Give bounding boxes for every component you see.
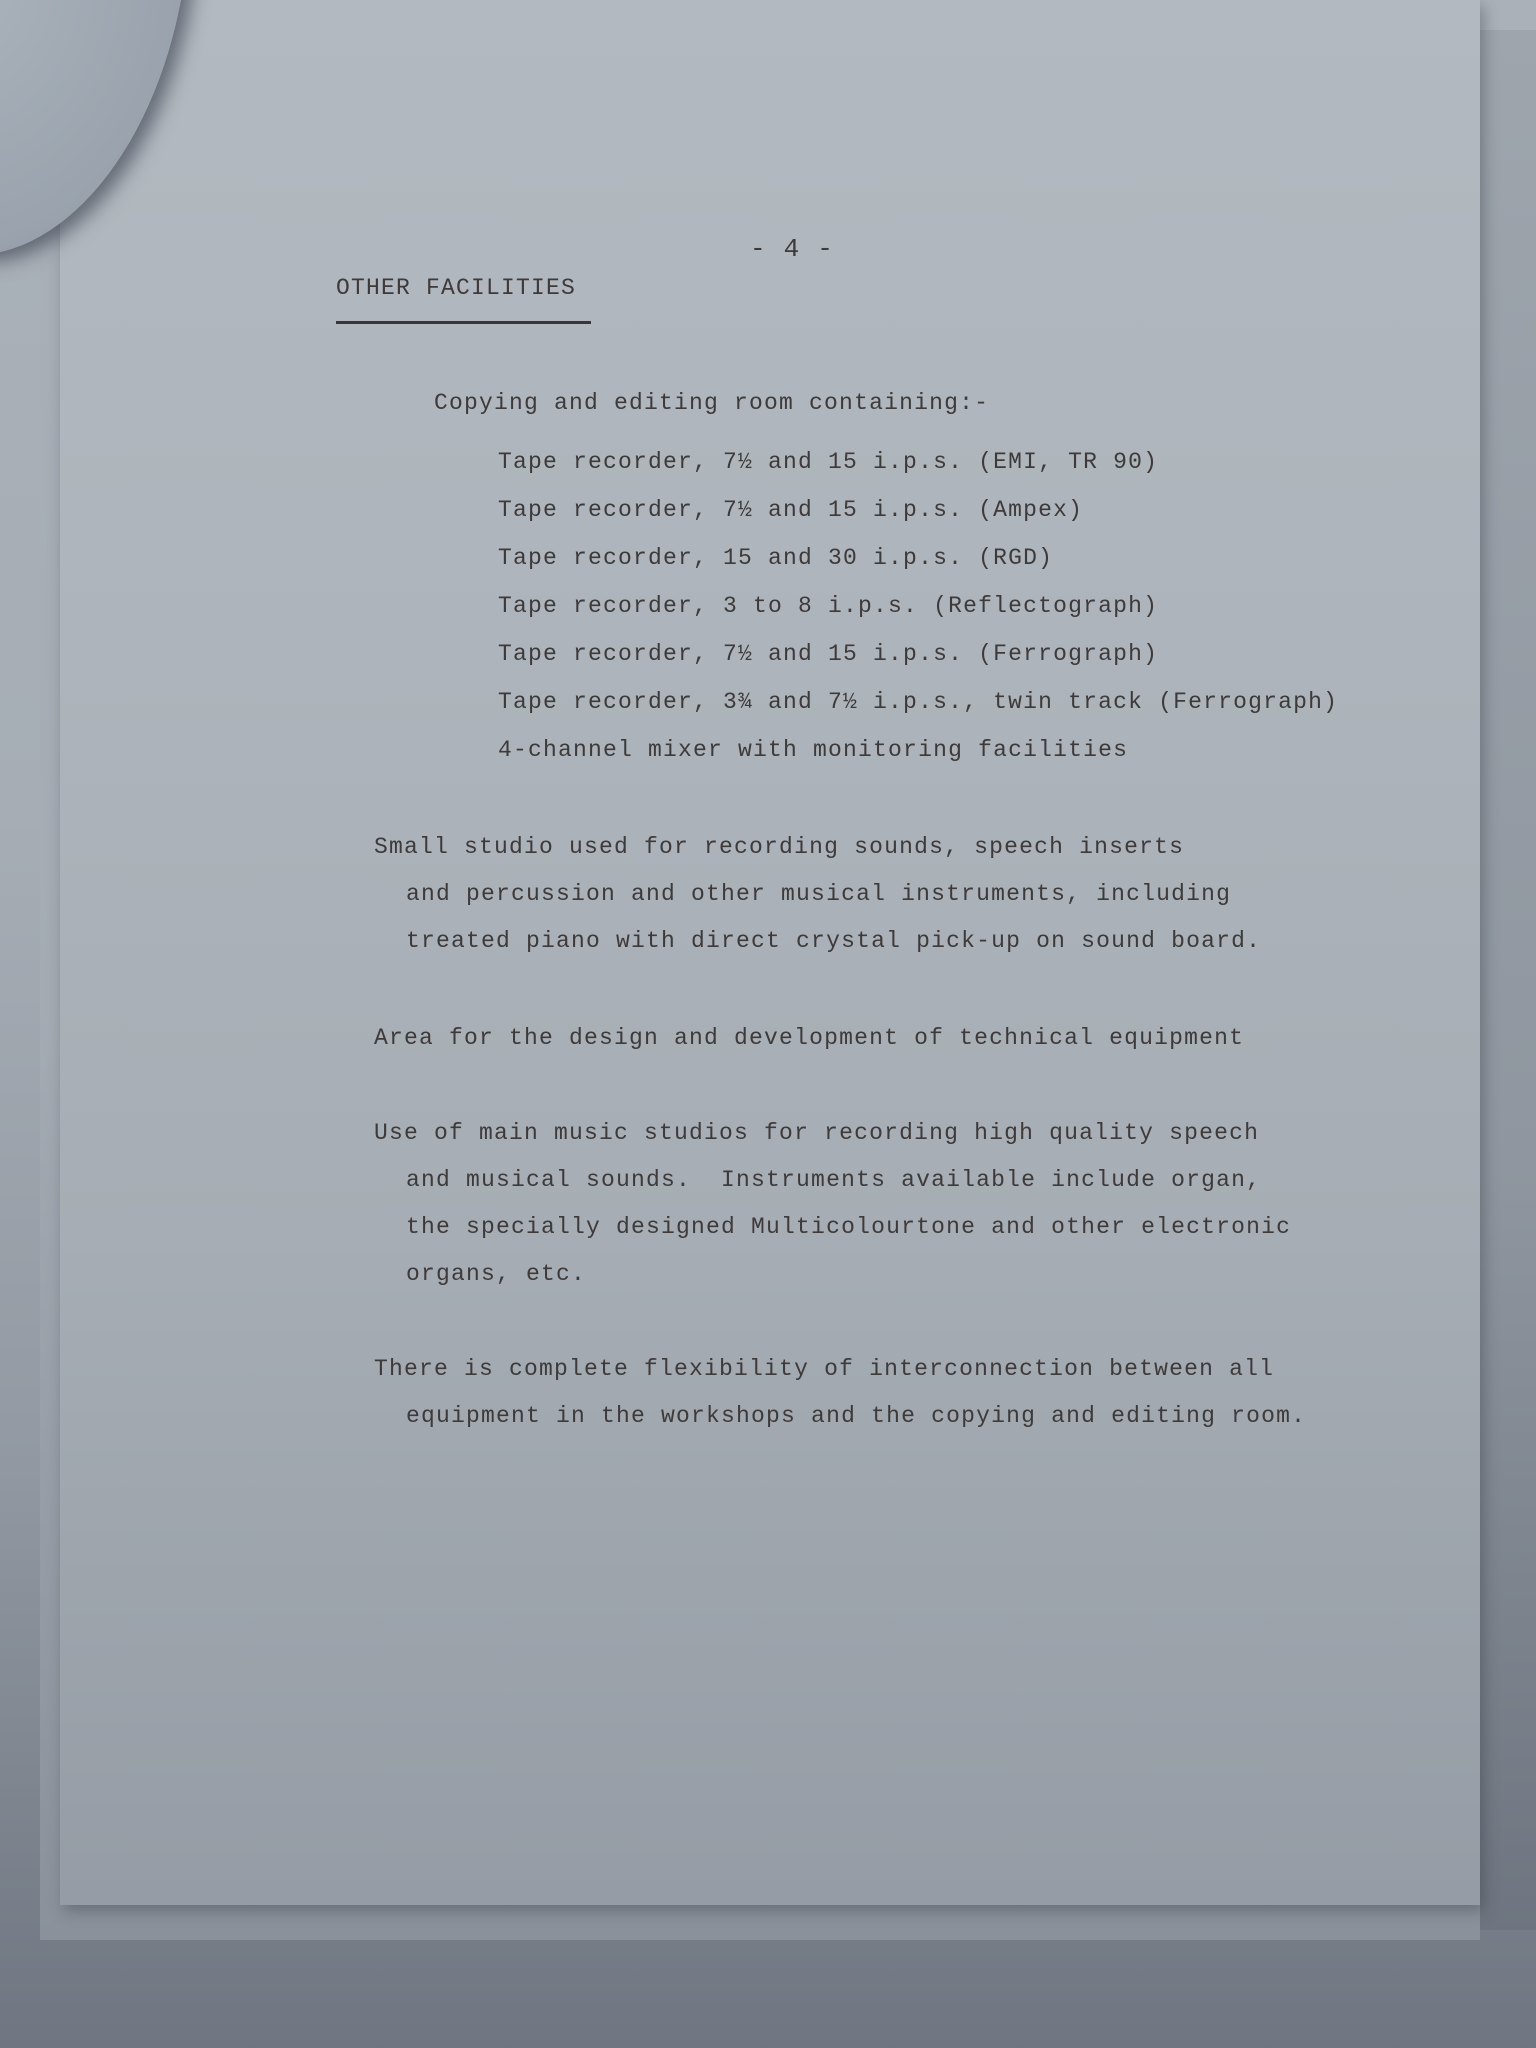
heading-underline <box>336 321 591 324</box>
page-number: - 4 - <box>750 236 834 262</box>
interconnection-paragraph: There is complete flexibility of interco… <box>374 1346 1306 1440</box>
copying-room-section: Copying and editing room containing:- <box>434 380 989 427</box>
paragraph-line: and musical sounds. Instruments availabl… <box>374 1157 1291 1204</box>
equipment-item: Tape recorder, 15 and 30 i.p.s. (RGD) <box>498 534 1338 582</box>
paragraph-line: Area for the design and development of t… <box>374 1015 1244 1062</box>
paragraph-line: Small studio used for recording sounds, … <box>374 824 1261 871</box>
equipment-item: Tape recorder, 7½ and 15 i.p.s. (Ampex) <box>498 486 1338 534</box>
copying-room-intro: Copying and editing room containing:- <box>434 380 989 427</box>
equipment-item: Tape recorder, 3¾ and 7½ i.p.s., twin tr… <box>498 678 1338 726</box>
paragraph-line: Use of main music studios for recording … <box>374 1110 1291 1157</box>
paragraph-line: equipment in the workshops and the copyi… <box>374 1393 1306 1440</box>
paragraph-line: the specially designed Multicolourtone a… <box>374 1204 1291 1251</box>
equipment-item: 4-channel mixer with monitoring faciliti… <box>498 726 1338 774</box>
section-heading: OTHER FACILITIES <box>336 277 576 300</box>
paragraph-line: and percussion and other musical instrum… <box>374 871 1261 918</box>
equipment-item: Tape recorder, 7½ and 15 i.p.s. (Ferrogr… <box>498 630 1338 678</box>
equipment-item: Tape recorder, 7½ and 15 i.p.s. (EMI, TR… <box>498 438 1338 486</box>
equipment-item: Tape recorder, 3 to 8 i.p.s. (Reflectogr… <box>498 582 1338 630</box>
paragraph-line: treated piano with direct crystal pick-u… <box>374 918 1261 965</box>
main-studios-paragraph: Use of main music studios for recording … <box>374 1110 1291 1298</box>
paragraph-line: organs, etc. <box>374 1251 1291 1298</box>
equipment-list: Tape recorder, 7½ and 15 i.p.s. (EMI, TR… <box>498 438 1338 774</box>
small-studio-paragraph: Small studio used for recording sounds, … <box>374 824 1261 965</box>
paragraph-line: There is complete flexibility of interco… <box>374 1346 1306 1393</box>
document-page: - 4 - OTHER FACILITIES Copying and editi… <box>60 0 1480 1905</box>
design-area-paragraph: Area for the design and development of t… <box>374 1015 1244 1062</box>
underlying-sheet-edge <box>1480 30 1536 1930</box>
